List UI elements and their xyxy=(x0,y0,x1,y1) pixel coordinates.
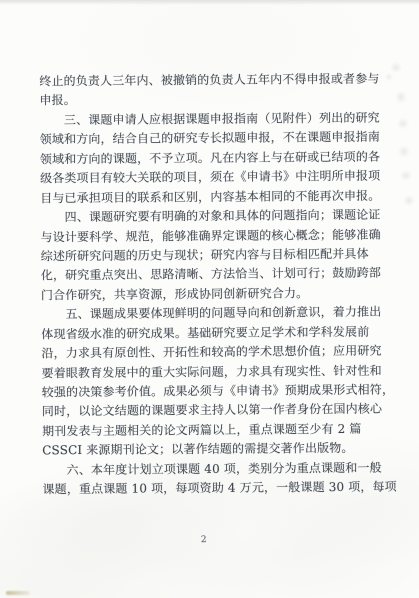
page-number: 2 xyxy=(201,534,207,546)
text-line: CSSCI 来源期刊论文；以著作结题的需提交著作出版物。 xyxy=(42,439,394,461)
text-line: 终止的负责人三年内、被撤销的负责人五年内不得申报或者参与 xyxy=(39,70,391,92)
text-line: 沿，力求具有原创性、开拓性和较高的学术思想价值；应用研究 xyxy=(41,342,393,364)
document-text: 终止的负责人三年内、被撤销的负责人五年内不得申报或者参与申报。 三、课题申请人应… xyxy=(39,70,394,500)
text-line: 化，研究重点突出、思路清晰、方法恰当、计划可行；鼓励跨部 xyxy=(41,264,393,286)
text-line: 四、课题研究要有明确的对象和具体的问题指向；课题论证 xyxy=(40,206,392,228)
text-line: 课题，重点课题 10 项，每项资助 4 万元，一般课题 30 项，每项 xyxy=(42,478,394,500)
text-line: 同时，以论文结题的课题要求主持人以第一作者身份在国内核心 xyxy=(42,400,394,422)
page-content: 终止的负责人三年内、被撤销的负责人五年内不得申报或者参与申报。 三、课题申请人应… xyxy=(0,0,419,598)
text-line: 领域和方向，结合自己的研究专长拟题申报，不在课题申报指南 xyxy=(40,128,392,150)
text-line: 五、课题成果要体现鲜明的问题导向和创新意识，着力推出 xyxy=(41,303,393,325)
scanned-document-page: 终止的负责人三年内、被撤销的负责人五年内不得申报或者参与申报。 三、课题申请人应… xyxy=(0,0,419,598)
text-line: 级各类项目有较大关联的项目，须在《申请书》中注明所申报项 xyxy=(40,167,392,189)
text-line: 与设计要科学、规范，能够准确界定课题的核心概念；能够准确 xyxy=(40,225,392,247)
